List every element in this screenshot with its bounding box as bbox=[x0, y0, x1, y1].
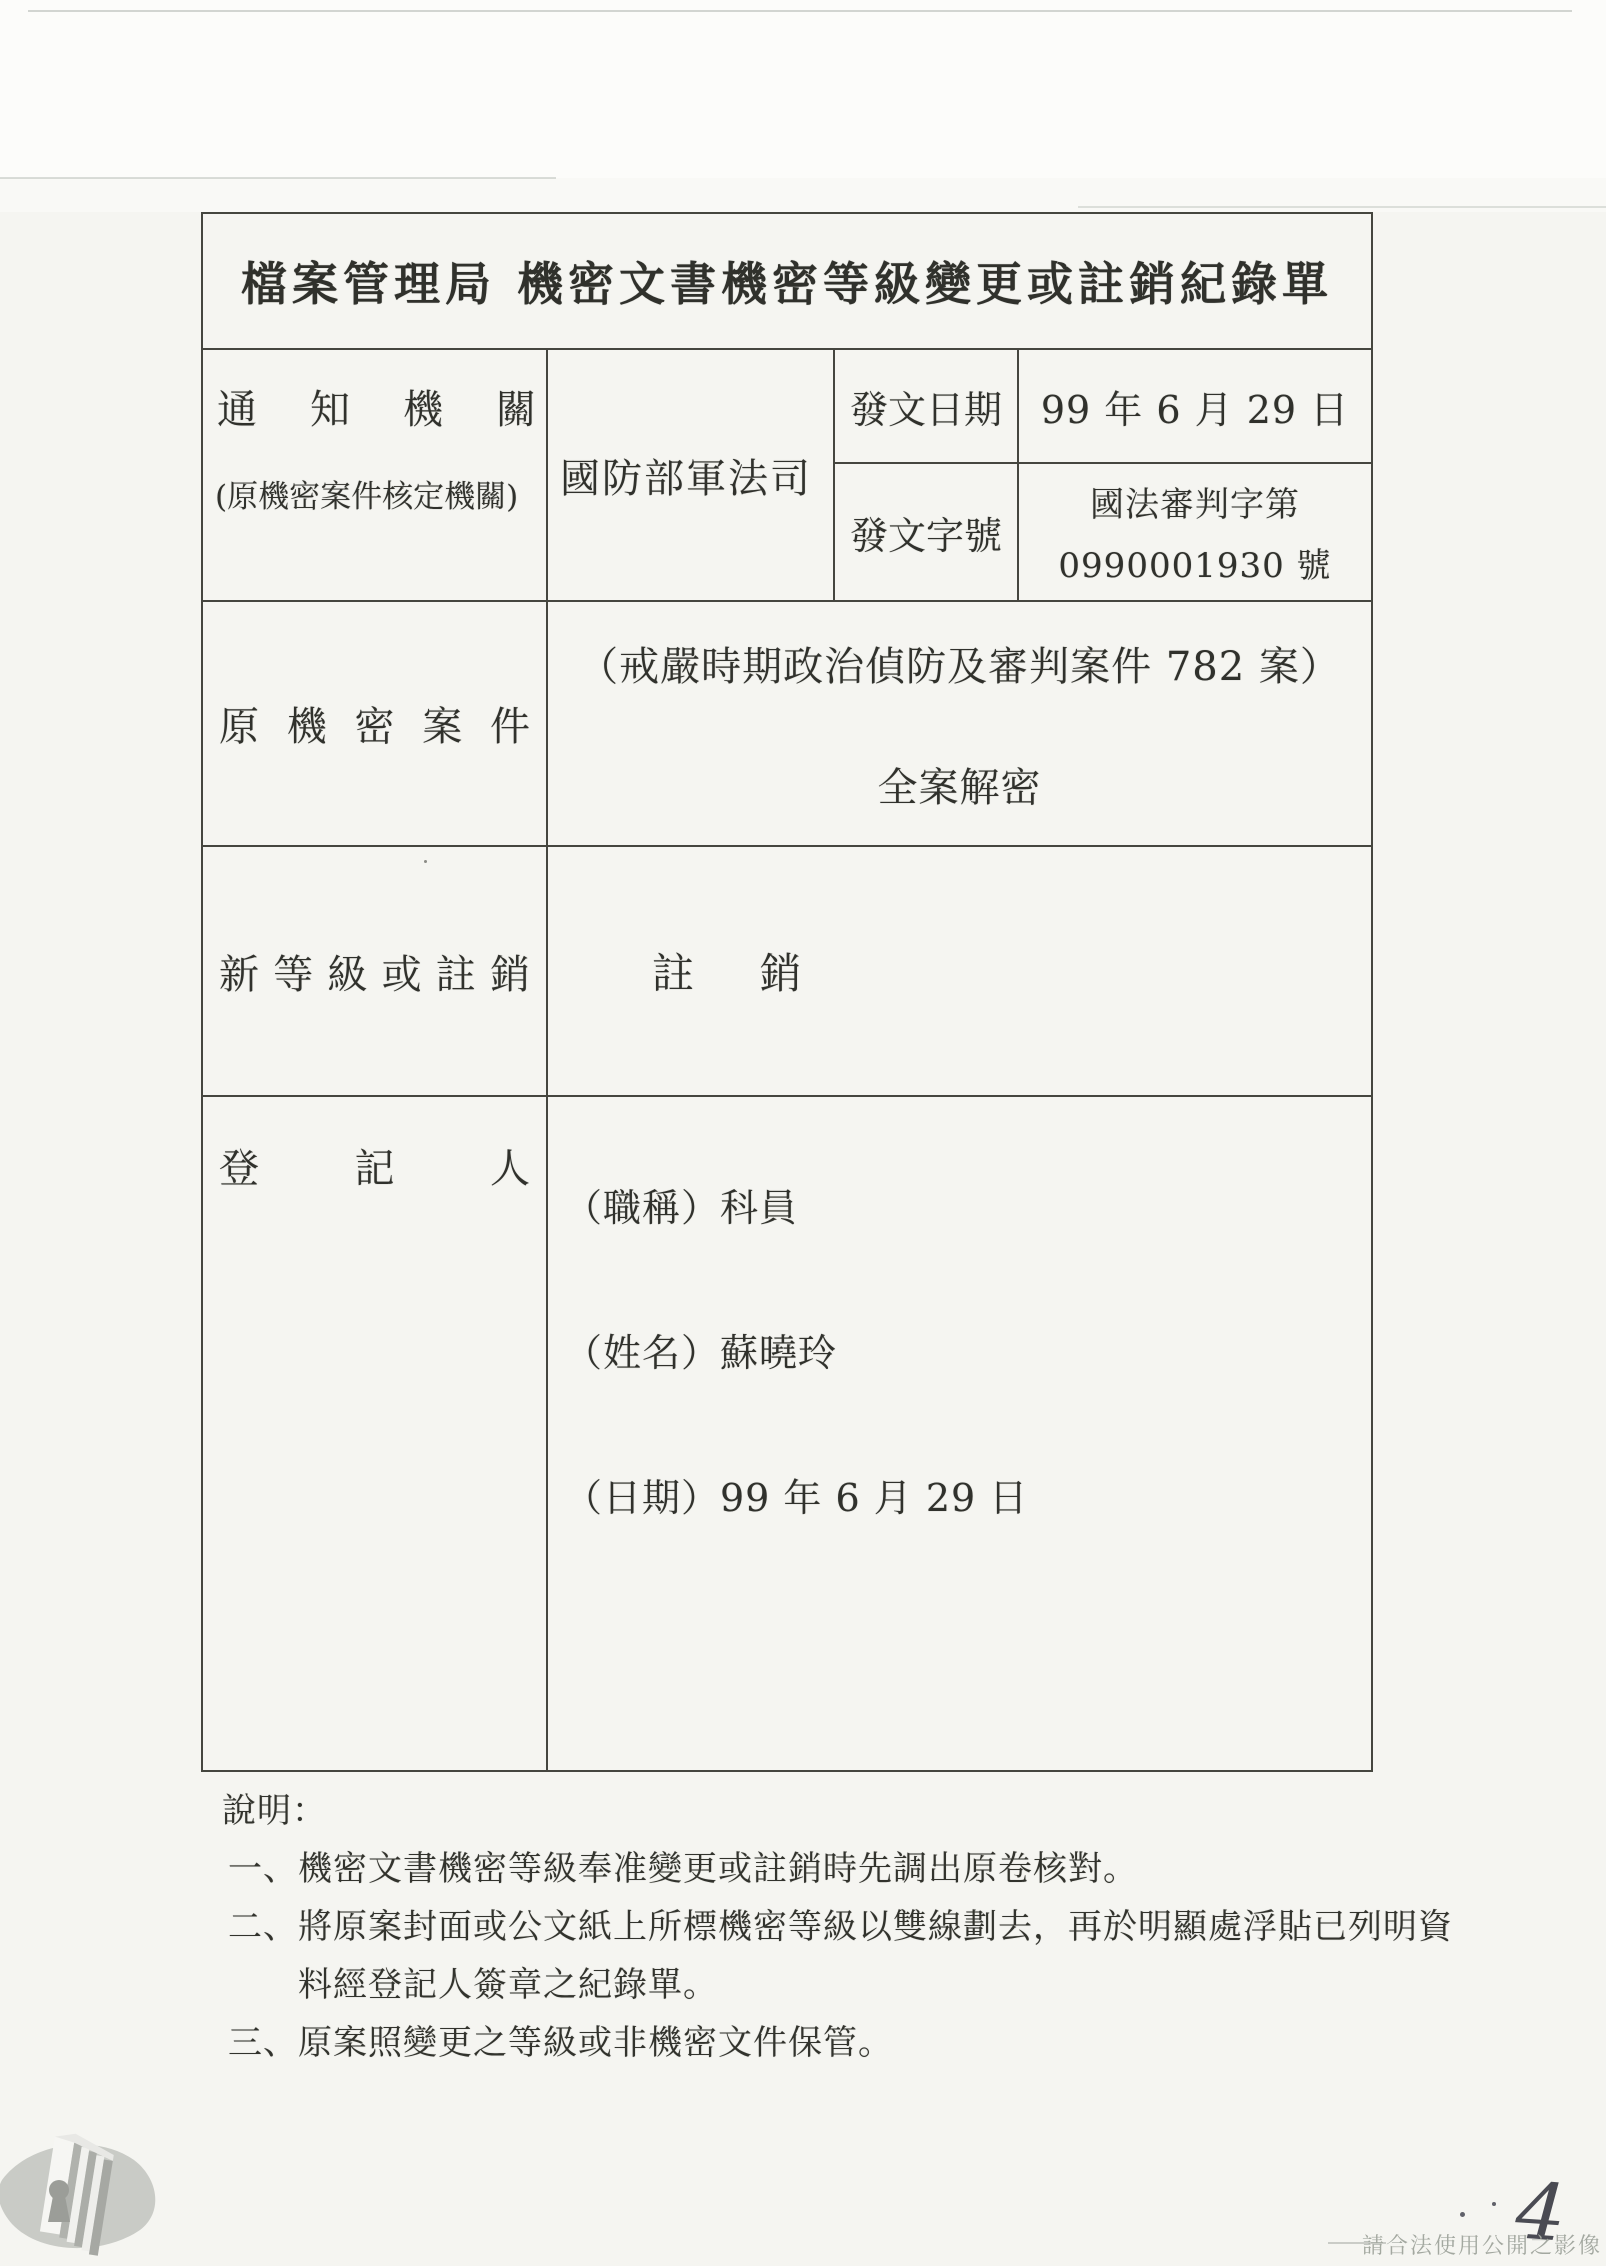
issue-number-label-cell: 發文字號 bbox=[835, 464, 1019, 602]
issue-number-label: 發文字號 bbox=[850, 505, 1002, 560]
paper-mid-band bbox=[0, 178, 1606, 212]
form-title: 檔案管理局 機密文書機密等級變更或註銷紀錄單 bbox=[203, 214, 1371, 350]
note-line: 二、將原案封面或公文紙上所標機密等級以雙線劃去，再於明顯處浮貼已列明資 bbox=[222, 1898, 1453, 1956]
issue-number-line2: 0990001930 號 bbox=[1058, 538, 1331, 587]
issue-date-label-cell: 發文日期 bbox=[835, 350, 1019, 464]
record-form-table: 檔案管理局 機密文書機密等級變更或註銷紀錄單 通知機關 (原機密案件核定機關) … bbox=[201, 212, 1373, 1772]
notes-heading: 說明： bbox=[222, 1782, 1453, 1840]
registrar-label-cell: 登記人 bbox=[203, 1097, 548, 1770]
original-case-action: 全案解密 bbox=[878, 756, 1042, 813]
notify-agency-label-cell: 通知機關 (原機密案件核定機關) bbox=[203, 350, 548, 602]
issue-date-label: 發文日期 bbox=[850, 379, 1002, 434]
footer-watermark-text: 請合法使用公開之影像 bbox=[1362, 2229, 1602, 2260]
new-level-label-cell: 新等級或註銷 bbox=[203, 847, 548, 1097]
registrar-value: （職稱）科員 （姓名）蘇曉玲 （日期）99 年 6 月 29 日 bbox=[548, 1097, 1371, 1770]
scan-speck bbox=[1460, 2212, 1465, 2217]
original-case-line: （戒嚴時期政治偵防及審判案件 782 案） bbox=[578, 635, 1341, 692]
original-case-label: 原機密案件 bbox=[219, 695, 530, 752]
new-level-value: 註 銷 bbox=[548, 847, 1371, 1097]
note-line-continuation: 料經登記人簽章之紀錄單。 bbox=[222, 1956, 1453, 2014]
scan-speck bbox=[1492, 2202, 1496, 2206]
book-keyhole-icon bbox=[0, 2126, 172, 2266]
original-case-value: （戒嚴時期政治偵防及審判案件 782 案） 全案解密 bbox=[548, 602, 1371, 847]
paper-top-band bbox=[0, 0, 1606, 178]
notes-section: 說明： 一、機密文書機密等級奉准變更或註銷時先調出原卷核對。 二、將原案封面或公… bbox=[222, 1782, 1453, 2072]
issue-number-line1: 國法審判字第 bbox=[1090, 477, 1300, 526]
note-line: 一、機密文書機密等級奉准變更或註銷時先調出原卷核對。 bbox=[222, 1840, 1453, 1898]
archives-logo-watermark bbox=[0, 2126, 172, 2266]
new-level-label: 新等級或註銷 bbox=[219, 943, 530, 1000]
registrar-label: 登記人 bbox=[219, 1137, 530, 1194]
notify-agency-sublabel: (原機密案件核定機關) bbox=[215, 471, 534, 516]
registrar-name: （姓名）蘇曉玲 bbox=[564, 1322, 1371, 1377]
note-line: 三、原案照變更之等級或非機密文件保管。 bbox=[222, 2014, 1453, 2072]
original-case-label-cell: 原機密案件 bbox=[203, 602, 548, 847]
registrar-job-title: （職稱）科員 bbox=[564, 1177, 1371, 1232]
notify-agency-value: 國防部軍法司 bbox=[548, 350, 835, 602]
notify-agency-label: 通知機關 bbox=[217, 378, 536, 435]
issue-date-value: 99 年 6 月 29 日 bbox=[1019, 350, 1371, 464]
issue-number-value: 國法審判字第 0990001930 號 bbox=[1019, 464, 1371, 602]
registrar-date: （日期）99 年 6 月 29 日 bbox=[564, 1467, 1371, 1522]
